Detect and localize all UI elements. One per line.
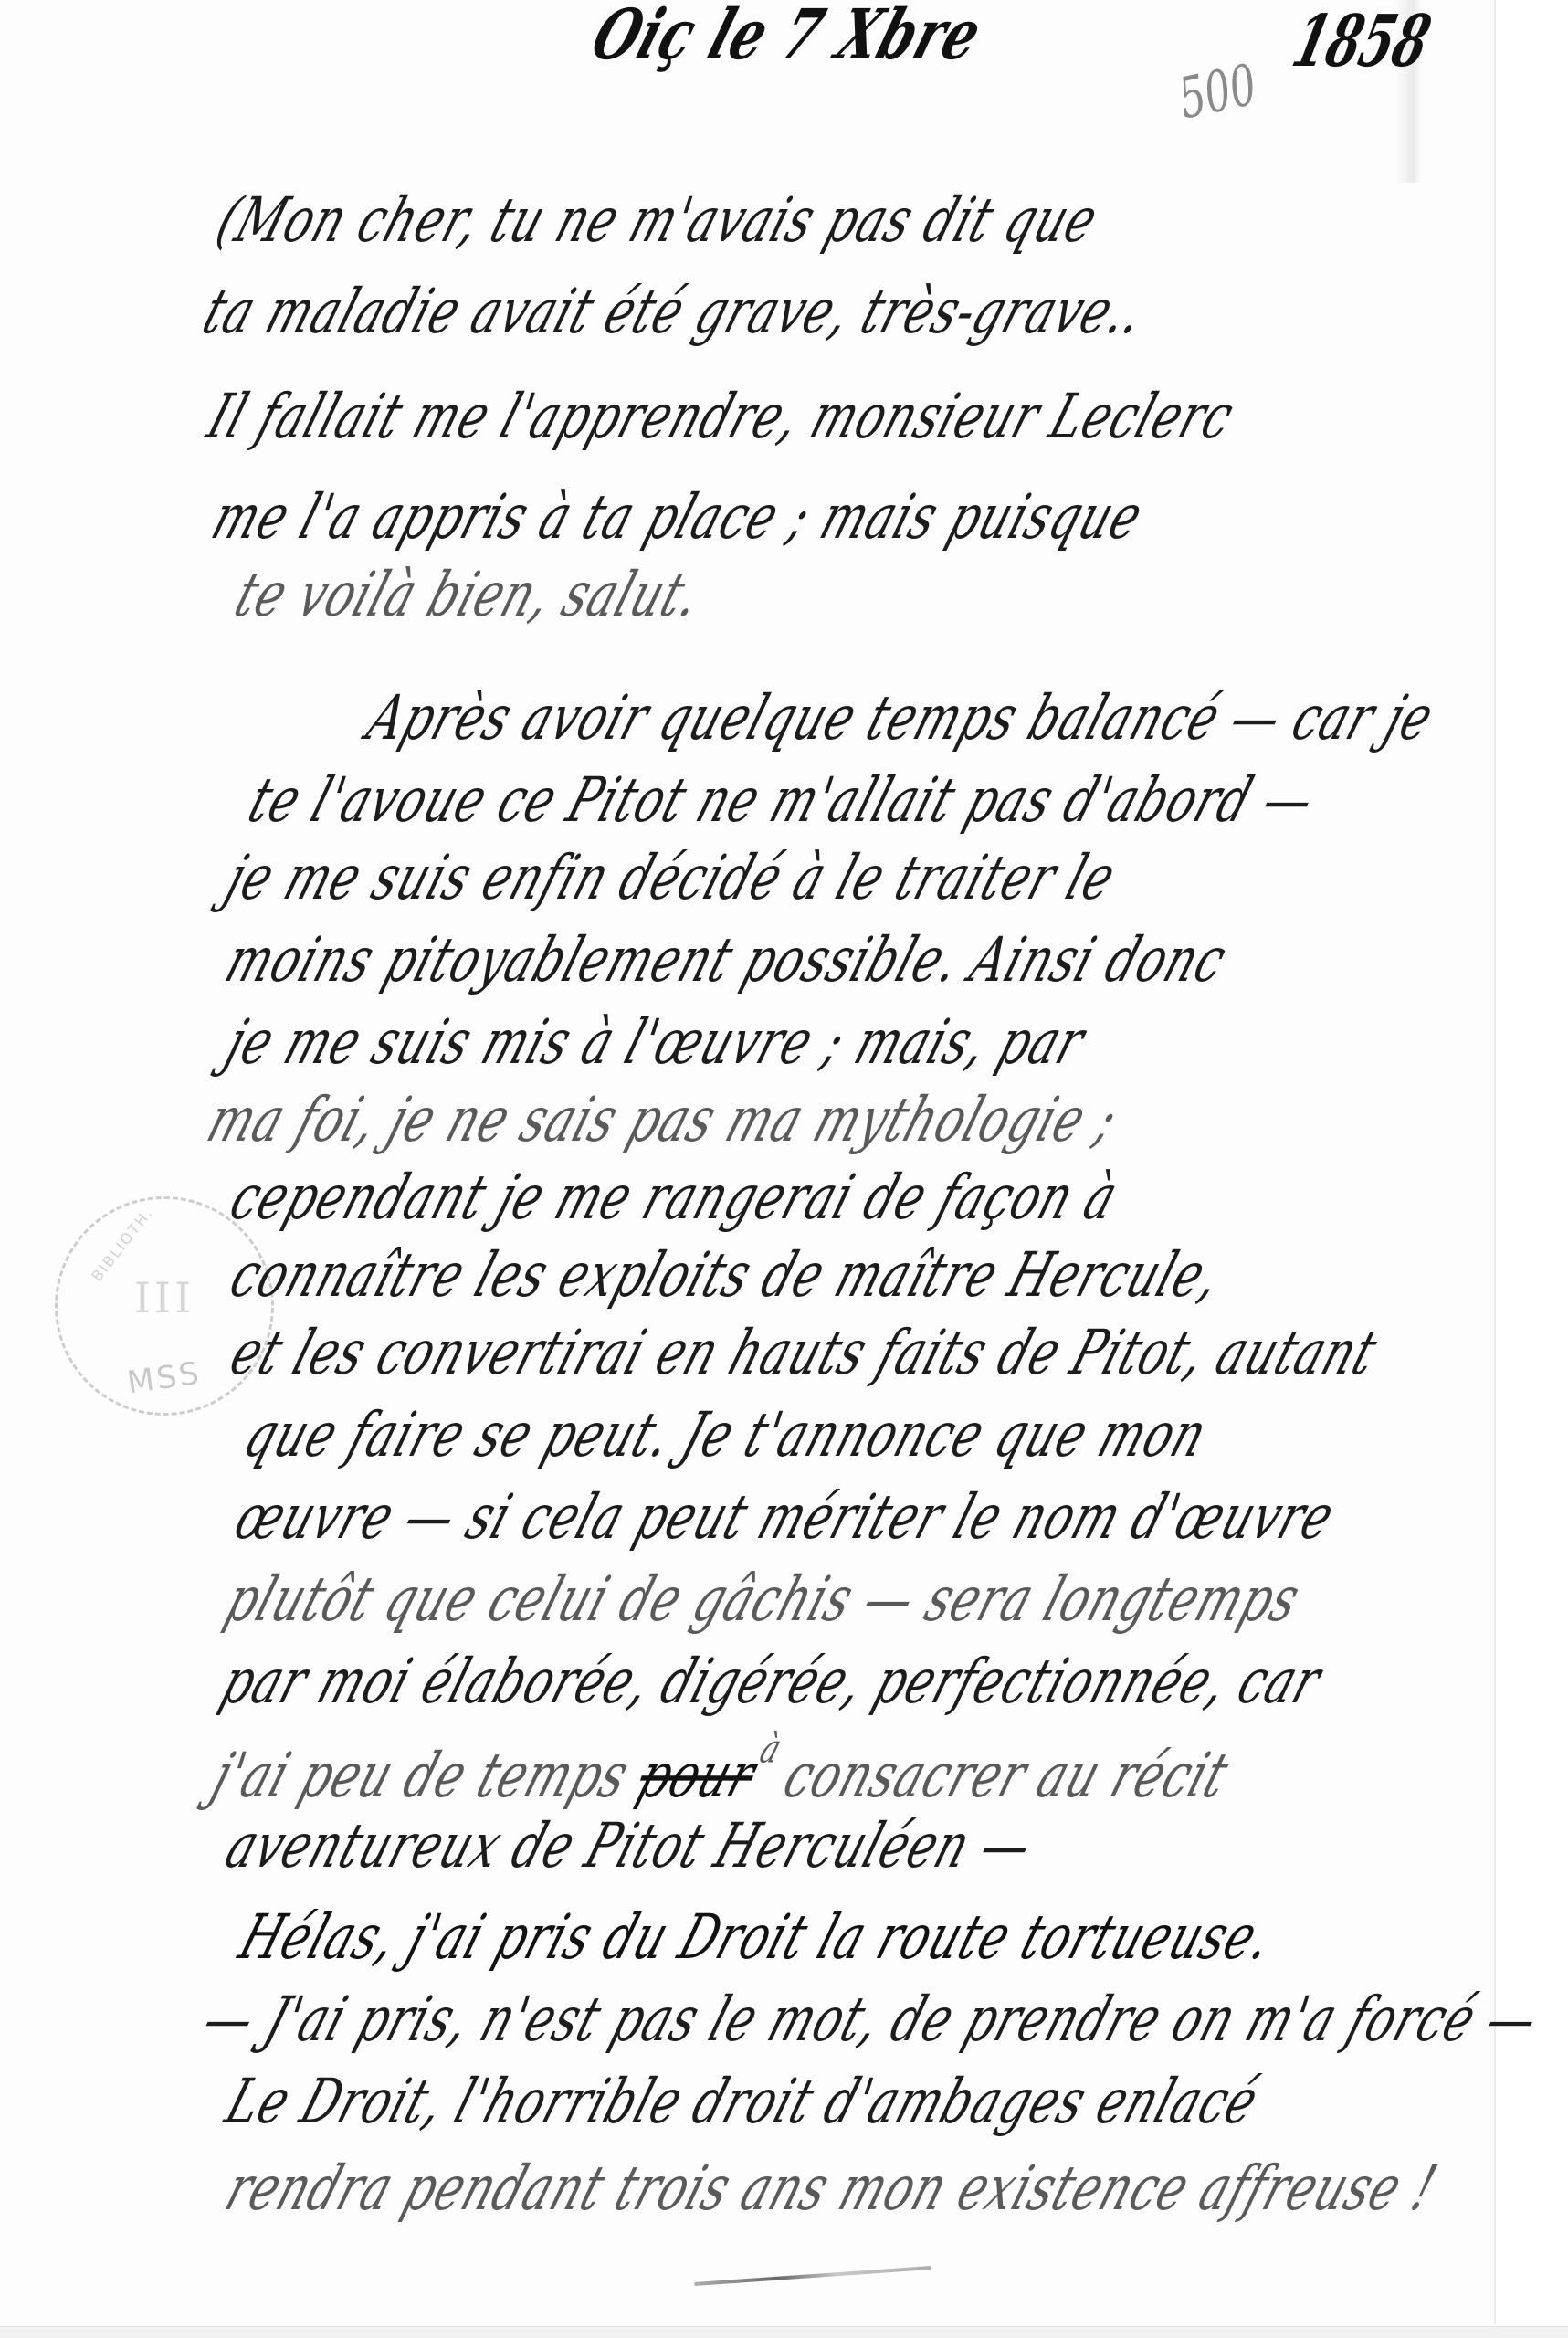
scan-border-strip bbox=[0, 2326, 1568, 2338]
letter-line-12: cependant je me rangerai de façon à bbox=[224, 1167, 1125, 1229]
struck-word: pour bbox=[630, 1740, 765, 1811]
letter-year: 1858 bbox=[1285, 0, 1438, 84]
letter-line-13: connaître les exploits de maître Hercule… bbox=[224, 1245, 1228, 1307]
letter-line-1: (Mon cher, tu ne m'avais pas dit que bbox=[210, 190, 1105, 252]
letter-line-5: te voilà bien, salut. bbox=[228, 564, 709, 627]
letter-place-date: Oiç le 7 Xbre bbox=[584, 0, 990, 69]
manuscript-page: Oiç le 7 Xbre 500 1858 BIBLIOTH. III MSS… bbox=[0, 0, 1496, 2324]
letter-line-18: par moi élaborée, digérée, perfectionnée… bbox=[215, 1651, 1329, 1713]
letter-line-10: je me suis mis à l'œuvre ; mais, par bbox=[219, 1012, 1092, 1074]
letter-line-20: aventureux de Pitot Herculéen — bbox=[219, 1816, 1040, 1878]
line-19-prefix: j'ai peu de temps bbox=[204, 1740, 653, 1811]
stamp-bottom-text: MSS bbox=[125, 1355, 204, 1402]
closing-flourish bbox=[694, 2266, 931, 2286]
letter-line-21: Hélas, j'ai pris du Droit la route tortu… bbox=[233, 1907, 1280, 1969]
letter-line-16: œuvre — si cela peut mériter le nom d'œu… bbox=[228, 1487, 1342, 1549]
letter-line-2: ta maladie avait été grave, très-grave.. bbox=[196, 281, 1152, 343]
letter-line-24: rendra pendant trois ans mon existence a… bbox=[219, 2158, 1444, 2220]
letter-line-3: Il fallait me l'apprendre, monsieur Lecl… bbox=[201, 386, 1241, 448]
letter-line-14: et les convertirai en hauts faits de Pit… bbox=[224, 1322, 1384, 1385]
letter-line-7: te l'avoue ce Pitot ne m'allait pas d'ab… bbox=[242, 770, 1322, 832]
letter-line-6: Après avoir quelque temps balancé — car … bbox=[361, 688, 1441, 750]
letter-line-9: moins pitoyablement possible. Ainsi donc bbox=[219, 930, 1234, 992]
letter-line-15: que faire se peut. Je t'annonce que mon bbox=[237, 1405, 1215, 1467]
letter-line-4: me l'a appris à ta place ; mais puisque bbox=[205, 487, 1150, 549]
letter-line-11: ma foi, je ne sais pas ma mythologie ; bbox=[201, 1090, 1125, 1152]
letter-line-23: Le Droit, l'horrible droit d'ambages enl… bbox=[219, 2071, 1266, 2133]
stamp-center-text: III bbox=[134, 1273, 195, 1322]
letter-line-17: plutôt que celui de gâchis — sera longte… bbox=[219, 1569, 1308, 1631]
line-19-suffix: consacrer au récit bbox=[760, 1740, 1237, 1811]
letter-line-19: j'ai peu de temps pourà consacrer au réc… bbox=[205, 1729, 1241, 1806]
letter-line-8: je me suis enfin décidé à le traiter le bbox=[219, 848, 1123, 910]
pencil-catalog-number: 500 bbox=[1173, 53, 1262, 132]
letter-line-22: — J'ai pris, n'est pas le mot, de prendr… bbox=[196, 1989, 1546, 2051]
